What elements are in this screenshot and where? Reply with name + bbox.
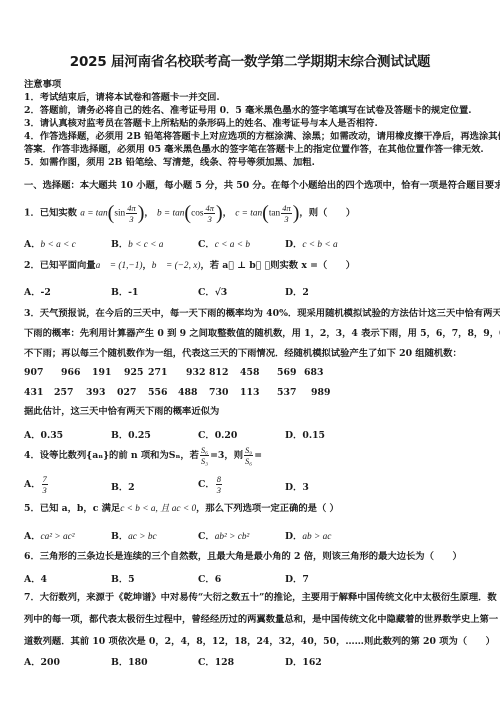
- math-fn: tan: [269, 209, 280, 219]
- number: 989: [311, 387, 330, 398]
- math-fn: cos: [191, 209, 203, 219]
- fraction: 73: [42, 474, 48, 495]
- option-d[interactable]: D．3: [285, 479, 309, 493]
- number: 488: [178, 387, 197, 398]
- option-c[interactable]: C．83: [198, 474, 223, 495]
- option-a[interactable]: A．4: [24, 571, 47, 585]
- question-6: 6．三角形的三条边长是连续的三个自然数，且最大角是最小角的 2 倍，则该三角形的…: [24, 551, 462, 563]
- option-d[interactable]: D．162: [285, 654, 322, 668]
- option-b[interactable]: B．5: [111, 571, 135, 585]
- option-label: D．: [285, 531, 302, 542]
- number: 683: [304, 367, 323, 378]
- note-item: 2．答题前，请务必将自己的姓名、准考证号用 0．5 毫米黑色墨水的签字笔填写在试…: [24, 105, 471, 117]
- q4-options: A．73 B．2 C．83 D．3: [24, 474, 484, 496]
- option-d[interactable]: D．c < b < a: [285, 236, 338, 250]
- page-title: 2025 届河南省名校联考高一数学第二学期期末综合测试试题: [0, 50, 500, 70]
- option-value: ac > bc: [128, 532, 156, 542]
- option-d[interactable]: D．ab > ac: [285, 528, 331, 542]
- number: 257: [54, 387, 73, 398]
- math-expr: c < b < a, 且 ac < 0: [120, 504, 196, 514]
- paren: ): [216, 202, 223, 224]
- math-expr: b⃗ = (−2, x): [152, 261, 201, 271]
- denominator: 3: [42, 485, 48, 495]
- option-a[interactable]: A．0.35: [24, 427, 63, 441]
- denominator: S₆: [244, 456, 253, 466]
- exam-page: 2025 届河南省名校联考高一数学第二学期期末综合测试试题 注意事项 1．考试结…: [0, 0, 500, 707]
- fraction: 83: [216, 474, 222, 495]
- question-2: 2．已知平面向量a⃗ = (1,−1)，b⃗ = (−2, x)，若 a⃗ ⊥ …: [24, 260, 355, 272]
- numerator: 4π: [126, 203, 137, 214]
- math-expr: b = tan: [157, 209, 184, 219]
- question-7-line: 列中的每一项，都代表太极衍生过程中，曾经经历过的两翼数量总和，是中国传统文化中隐…: [24, 614, 498, 626]
- note-item: 答案．作答非选择题，必须用 05 毫米黑色墨水的签字笔在答题卡上的指定位置作答，…: [24, 144, 484, 156]
- option-label: A．: [24, 479, 41, 490]
- question-3-line: 不下雨；再以每三个随机数作为一组，代表这三天的下雨情况．经随机模拟试验产生了如下…: [24, 348, 462, 360]
- question-tail: ，若 a⃗ ⊥ b⃗ ，则实数 x =（ ）: [200, 260, 355, 271]
- question-7-line: 7．大衍数列，来源于《乾坤谱》中对易传“大衍之数五十”的推论，主要用于解释中国传…: [24, 592, 497, 604]
- option-a[interactable]: A．b < a < c: [24, 236, 76, 250]
- number: 431: [24, 387, 43, 398]
- option-label: C．: [198, 239, 215, 250]
- paren: (: [262, 202, 269, 224]
- question-text: 4．设等比数列{aₙ}的前 n 项和为Sₙ，若: [24, 450, 199, 461]
- number: 271: [148, 367, 167, 378]
- math-expr: a = tan: [80, 209, 107, 219]
- option-label: B．: [111, 531, 128, 542]
- option-b[interactable]: B．0.25: [111, 427, 151, 441]
- q2-options: A．-2 B．-1 C．√3 D．2: [24, 284, 484, 298]
- numerator: S₆: [200, 445, 209, 456]
- question-3-line: 3．天气预报说，在今后的三天中，每一天下雨的概率均为 40%．现采用随机模拟试验…: [24, 308, 500, 320]
- question-7-line: 道数列题．其前 10 项依次是 0，2，4，8，12，18，24，32，40，5…: [24, 636, 495, 648]
- note-item: 3．请认真核对监考员在答题卡上所粘贴的条形码上的姓名、准考证号与本人是否相符.: [24, 118, 378, 130]
- math-fn: sin: [114, 209, 125, 219]
- fraction: 4π3: [281, 203, 292, 224]
- q7-options: A．200 B．180 C．128 D．162: [24, 654, 484, 668]
- question-tail: ，则（ ）: [299, 208, 355, 219]
- number: 812: [209, 367, 228, 378]
- option-c[interactable]: C．6: [198, 571, 221, 585]
- option-b[interactable]: B．180: [111, 654, 148, 668]
- note-item: 5．如需作图，须用 2B 铅笔绘、写清楚，线条、符号等须加黑、加粗.: [24, 157, 315, 169]
- numerator: S₉: [244, 445, 253, 456]
- question-tail: =: [254, 450, 262, 461]
- option-c[interactable]: C．0.20: [198, 427, 237, 441]
- option-value: ab > ac: [302, 532, 331, 542]
- option-b[interactable]: B．2: [111, 479, 135, 493]
- question-text: 5．已知 a，b，c 满足: [24, 503, 120, 514]
- notes-heading: 注意事项: [24, 79, 61, 91]
- denominator: 3: [281, 214, 292, 224]
- option-label: A．: [24, 531, 41, 542]
- question-text: 1．已知实数: [24, 208, 77, 219]
- number: 925: [124, 367, 143, 378]
- option-value: b < a < c: [41, 240, 76, 250]
- number: 556: [148, 387, 167, 398]
- math-expr: c = tan: [235, 209, 262, 219]
- option-value: ca² > ac²: [41, 532, 75, 542]
- question-5: 5．已知 a，b，c 满足c < b < a, 且 ac < 0，那么下列选项一…: [24, 503, 339, 515]
- option-d[interactable]: D．2: [285, 284, 309, 298]
- number: 458: [240, 367, 259, 378]
- question-3-line: 下雨的概率：先利用计算器产生 0 到 9 之间取整数值的随机数，用 1，2，3，…: [24, 328, 500, 340]
- option-a[interactable]: A．200: [24, 654, 60, 668]
- question-text: =3，则: [210, 450, 243, 461]
- option-c[interactable]: C．√3: [198, 284, 227, 298]
- question-text: 2．已知平面向量: [24, 260, 96, 271]
- option-label: A．: [24, 239, 41, 250]
- option-label: C．: [198, 531, 215, 542]
- fraction: S₆S₃: [200, 445, 209, 466]
- denominator: 3: [216, 485, 222, 495]
- number: 730: [209, 387, 228, 398]
- option-b[interactable]: B．b < c < a: [111, 236, 163, 250]
- option-value: c < b < a: [302, 240, 337, 250]
- number: 932: [186, 367, 205, 378]
- question-3-conclusion: 据此估计，这三天中恰有两天下雨的概率近似为: [24, 406, 219, 418]
- option-label: C．: [198, 479, 215, 490]
- option-b[interactable]: B．ac > bc: [111, 528, 157, 542]
- question-tail: ，那么下列选项一定正确的是（ ）: [196, 503, 339, 514]
- number: 113: [240, 387, 259, 398]
- option-d[interactable]: D．0.15: [285, 427, 325, 441]
- number: 966: [61, 367, 80, 378]
- fraction: S₉S₆: [244, 445, 253, 466]
- option-label: B．: [111, 239, 128, 250]
- option-c[interactable]: C．ab² > cb²: [198, 528, 249, 542]
- note-item: 1．考试结束后，请将本试卷和答题卡一并交回.: [24, 92, 220, 104]
- option-b[interactable]: B．-1: [111, 284, 138, 298]
- section-heading: 一、选择题：本大题共 10 小题，每小题 5 分，共 50 分。在每个小题给出的…: [24, 180, 500, 192]
- number: 569: [277, 367, 296, 378]
- numerator: 4π: [281, 203, 292, 214]
- option-value: c < a < b: [215, 240, 250, 250]
- number: 191: [92, 367, 111, 378]
- q1-options: A．b < a < c B．b < c < a C．c < a < b D．c …: [24, 236, 484, 250]
- fraction: 4π3: [204, 203, 215, 224]
- numerator: 7: [42, 474, 48, 485]
- question-4: 4．设等比数列{aₙ}的前 n 项和为Sₙ，若S₆S₃=3，则S₉S₆=: [24, 445, 262, 467]
- fraction: 4π3: [126, 203, 137, 224]
- numerator: 8: [216, 474, 222, 485]
- number: 537: [277, 387, 296, 398]
- option-value: ab² > cb²: [215, 532, 250, 542]
- q3-options: A．0.35 B．0.25 C．0.20 D．0.15: [24, 427, 484, 441]
- number: 393: [86, 387, 105, 398]
- option-a[interactable]: A．73: [24, 474, 49, 495]
- question-1: 1．已知实数 a = tan(sin4π3)， b = tan(cos4π3)，…: [24, 202, 355, 225]
- separator: ，: [223, 208, 232, 219]
- option-a[interactable]: A．ca² > ac²: [24, 528, 75, 542]
- q6-options: A．4 B．5 C．6 D．7: [24, 571, 484, 585]
- option-label: D．: [285, 239, 302, 250]
- option-c[interactable]: C．c < a < b: [198, 236, 250, 250]
- math-expr: a⃗ = (1,−1): [96, 261, 143, 271]
- numerator: 4π: [204, 203, 215, 214]
- option-a[interactable]: A．-2: [24, 284, 51, 298]
- number: 027: [117, 387, 136, 398]
- number: 907: [24, 367, 43, 378]
- note-item: 4．作答选择题，必须用 2B 铅笔将答题卡上对应选项的方框涂满、涂黑；如需改动，…: [24, 131, 500, 143]
- denominator: S₃: [200, 456, 209, 466]
- q5-options: A．ca² > ac² B．ac > bc C．ab² > cb² D．ab >…: [24, 528, 484, 542]
- separator: ，: [144, 208, 153, 219]
- denominator: 3: [126, 214, 137, 224]
- option-value: b < c < a: [128, 240, 163, 250]
- option-c[interactable]: C．128: [198, 654, 234, 668]
- denominator: 3: [204, 214, 215, 224]
- separator: ，: [142, 260, 151, 271]
- option-d[interactable]: D．7: [285, 571, 309, 585]
